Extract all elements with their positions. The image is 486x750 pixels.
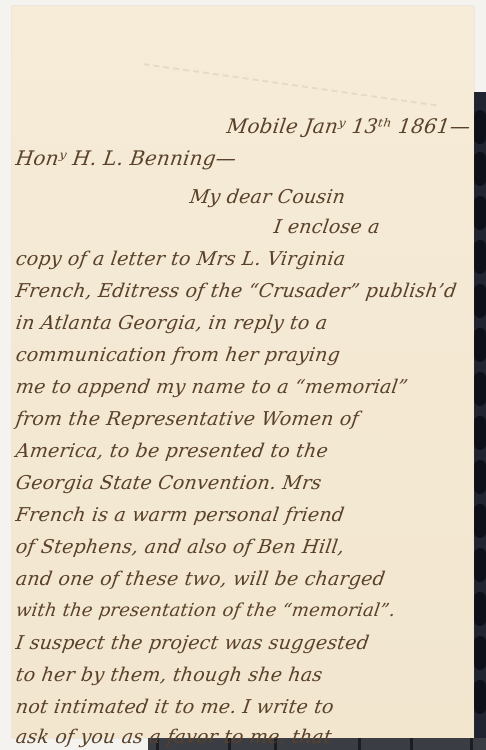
body-line: in Atlanta Georgia, in reply to a xyxy=(14,312,328,334)
body-line: me to append my name to a “memorial” xyxy=(14,376,409,398)
backdrop-hole xyxy=(474,460,486,494)
bleed-through-ink xyxy=(143,63,440,107)
backdrop-hole xyxy=(474,110,486,144)
body-line: ask of you as a favor to me, that xyxy=(14,726,333,748)
backdrop-hole xyxy=(474,328,486,362)
strip-tick xyxy=(470,738,473,750)
backdrop-hole xyxy=(474,240,486,274)
backdrop-hole xyxy=(474,592,486,626)
body-line: I suspect the project was suggested xyxy=(14,632,370,654)
scanner-backdrop-strip xyxy=(472,92,486,750)
body-line: to her by them, though she has xyxy=(14,664,324,686)
backdrop-hole xyxy=(474,152,486,186)
addressee: Honʸ H. L. Benning— xyxy=(14,146,238,170)
body-line: Georgia State Convention. Mrs xyxy=(14,472,323,494)
body-line: copy of a letter to Mrs L. Virginia xyxy=(14,248,347,270)
dateline: Mobile Janʸ 13ᵗʰ 1861— xyxy=(225,114,472,138)
backdrop-hole xyxy=(474,372,486,406)
backdrop-hole xyxy=(474,416,486,450)
salutation: My dear Cousin xyxy=(188,186,346,208)
body-line: French is a warm personal friend xyxy=(14,504,345,526)
body-line: and one of these two, will be charged xyxy=(14,568,386,590)
strip-tick xyxy=(358,738,361,750)
body-line: I enclose a xyxy=(272,216,381,238)
backdrop-hole xyxy=(474,680,486,714)
body-line: from the Representative Women of xyxy=(14,408,360,430)
backdrop-hole xyxy=(474,636,486,670)
body-line: with the presentation of the “memorial”. xyxy=(15,600,397,621)
body-line: of Stephens, and also of Ben Hill, xyxy=(14,536,345,558)
backdrop-hole xyxy=(474,284,486,318)
backdrop-hole xyxy=(474,196,486,230)
body-line: America, to be presented to the xyxy=(14,440,329,462)
letter-page: Mobile Janʸ 13ᵗʰ 1861— Honʸ H. L. Bennin… xyxy=(12,6,474,738)
backdrop-hole xyxy=(474,504,486,538)
strip-tick xyxy=(410,738,413,750)
body-line: not intimated it to me. I write to xyxy=(14,696,335,718)
body-line: communication from her praying xyxy=(14,344,341,366)
body-line: French, Editress of the “Crusader” publi… xyxy=(14,280,458,302)
backdrop-hole xyxy=(474,548,486,582)
